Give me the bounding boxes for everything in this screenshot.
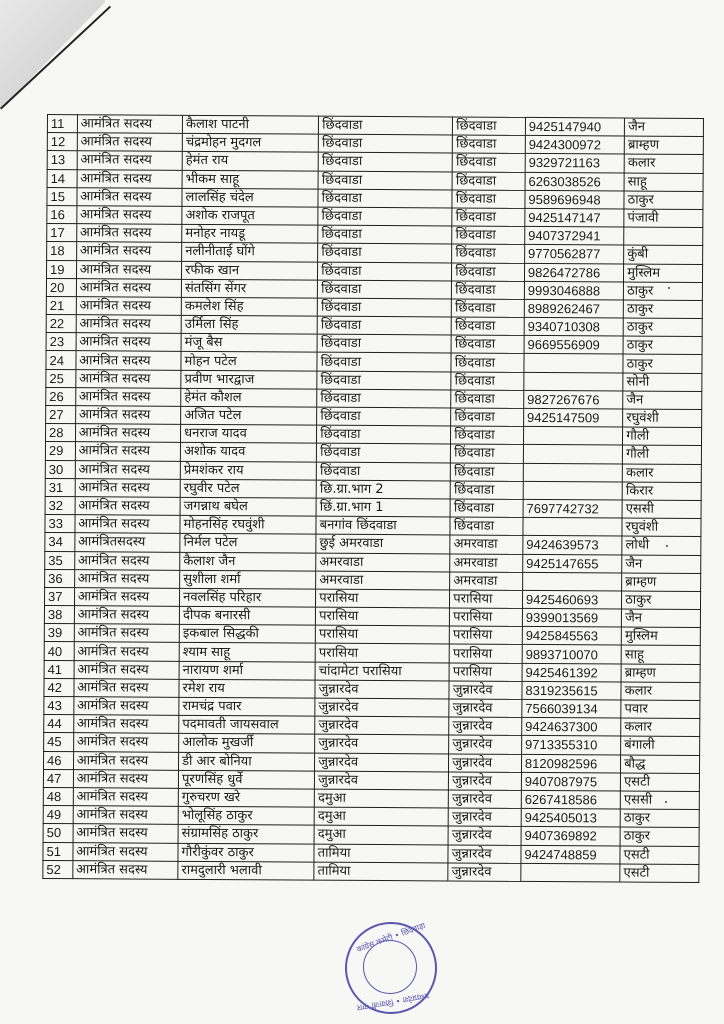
member-role: आमंत्रित सदस्य (75, 406, 181, 425)
member-block: छिंदवाडा (318, 134, 452, 153)
member-name: रघुवीर पटेल (180, 479, 316, 498)
member-role: आमंत्रित सदस्य (75, 497, 181, 516)
member-name: रमेश राय (179, 679, 315, 698)
member-role: आमंत्रित सदस्य (74, 588, 180, 607)
member-name: रफीक खान (182, 261, 318, 280)
member-district: जुन्नारदेव (449, 735, 522, 754)
member-block: छिंदवाडा (318, 225, 452, 244)
member-block: छिंदवाडा (318, 280, 452, 299)
member-role: आमंत्रित सदस्य (76, 242, 182, 261)
member-block: परासिया (316, 589, 450, 608)
serial-number: 15 (47, 187, 77, 205)
member-district: अमरवाडा (450, 535, 523, 554)
member-caste: सोनी (623, 373, 702, 392)
member-phone: 9424637300 (522, 718, 621, 737)
member-block: बनगांव छिंदवाडा (316, 516, 450, 535)
serial-number: 34 (45, 533, 75, 551)
member-name: भीकम साहू (182, 170, 318, 189)
serial-number: 20 (46, 278, 76, 296)
member-phone: 9340710308 (524, 317, 623, 336)
member-role: आमंत्रित सदस्य (76, 315, 182, 334)
member-block: दमुआ (314, 825, 448, 844)
member-role: आमंत्रित सदस्य (74, 606, 180, 625)
member-block: अमरवाडा (316, 571, 450, 590)
member-phone: 9425845563 (522, 627, 621, 646)
member-phone: 9407369892 (521, 827, 620, 846)
member-role: आमंत्रित सदस्य (73, 788, 179, 807)
member-block: छि.ग्रा.भाग 2 (316, 480, 450, 499)
member-name: नारायण शर्मा (179, 661, 315, 680)
member-phone: 8120982596 (521, 754, 620, 773)
serial-number: 18 (47, 242, 77, 260)
member-district: जुन्नारदेव (449, 772, 522, 791)
serial-number: 37 (44, 587, 74, 605)
member-role: आमंत्रित सदस्य (74, 642, 180, 661)
member-district: छिंदवाडा (452, 172, 525, 191)
member-caste: ब्राम्हण (622, 573, 701, 592)
member-caste: बंगाली (621, 736, 700, 755)
member-block: छिंदवाडा (318, 153, 452, 172)
serial-number: 47 (43, 769, 73, 787)
member-district: जुन्नारदेव (448, 808, 521, 827)
member-name: प्रेमशंकर राय (180, 461, 316, 480)
member-block: छिंदवाडा (317, 371, 451, 390)
member-caste: एसटी (621, 773, 700, 792)
member-caste: जैन (623, 391, 702, 410)
member-role: आमंत्रित सदस्य (73, 733, 179, 752)
member-role: आमंत्रित सदस्य (74, 551, 180, 570)
member-caste: एसटी (620, 846, 699, 865)
member-district: जुन्नारदेव (449, 699, 522, 718)
member-district: जुन्नारदेव (448, 844, 521, 863)
member-name: डी आर बोनिया (179, 752, 315, 771)
member-block: परासिया (315, 625, 449, 644)
member-phone: 9407372941 (525, 227, 624, 246)
member-role: आमंत्रित सदस्य (73, 769, 179, 788)
serial-number: 16 (47, 205, 77, 223)
member-name: आलोक मुखर्जी (179, 734, 315, 753)
member-district: परासिया (450, 626, 523, 645)
member-district: जुन्नारदेव (448, 826, 521, 845)
member-phone: 9424300972 (525, 136, 624, 155)
member-phone (523, 463, 622, 482)
member-caste: ब्राम्हण (624, 136, 703, 155)
member-name: धनराज यादव (181, 425, 317, 444)
member-caste: पवार (621, 700, 700, 719)
member-name: संतसिंग सेंगर (181, 279, 317, 298)
table-row: 52आमंत्रित सदस्यरामदुलारी भलावीतामियाजुन… (43, 860, 699, 882)
member-district: छिंदवाडा (452, 262, 525, 281)
serial-number: 14 (47, 169, 77, 187)
serial-number: 25 (46, 369, 76, 387)
member-block: छिंदवाडा (317, 298, 451, 317)
member-name: कैलाश जैन (180, 552, 316, 571)
member-district: छिंदवाडा (452, 153, 525, 172)
member-block: जुन्नारदेव (315, 753, 449, 772)
member-name: रामदुलारी भलावी (178, 861, 314, 880)
member-name: भोलूसिंह ठाकुर (178, 806, 314, 825)
member-district: छिंदवाडा (452, 244, 525, 263)
member-name: चंद्रमोहन मुदगल (182, 134, 318, 153)
member-role: आमंत्रित सदस्य (74, 678, 180, 697)
member-name: मंजू बैस (181, 334, 317, 353)
member-caste: लोधी (622, 536, 701, 555)
member-role: आमंत्रित सदस्य (77, 206, 183, 225)
serial-number: 44 (44, 715, 74, 733)
member-name: नलीनीताई घोंगे (182, 243, 318, 262)
member-phone: 9425147509 (524, 408, 623, 427)
member-role: आमंत्रित सदस्य (75, 387, 181, 406)
member-caste: ठाकुर (624, 191, 703, 210)
member-block: छिंदवाडा (317, 316, 451, 335)
organization-stamp: कांग्रेस कमेटी • छिंदवाड़ा मध्यप्रदेश • … (345, 922, 437, 1014)
member-role: आमंत्रित सदस्य (76, 297, 182, 316)
member-phone: 8989262467 (524, 299, 623, 318)
member-district: छिंदवाडा (452, 208, 525, 227)
member-caste: पंजावी (624, 209, 703, 228)
member-phone: 9425147147 (525, 208, 624, 227)
member-caste: गौली (623, 445, 702, 464)
member-name: अजित पटेल (181, 406, 317, 425)
member-caste: ठाकुर (623, 354, 702, 373)
member-caste: ठाकुर (620, 827, 699, 846)
member-caste (624, 227, 703, 246)
member-district: छिंदवाडा (451, 335, 524, 354)
member-caste: ठाकुर (623, 318, 702, 337)
member-role: आमंत्रित सदस्य (76, 369, 182, 388)
member-caste: साहू (621, 645, 700, 664)
serial-number: 29 (45, 442, 75, 460)
member-role: आमंत्रित सदस्य (77, 133, 183, 152)
member-phone: 9399013569 (522, 608, 621, 627)
member-caste: बौद्ध (621, 755, 700, 774)
member-phone: 9425460693 (522, 590, 621, 609)
member-caste: जैन (622, 609, 701, 628)
member-phone: 9993046888 (524, 281, 623, 300)
serial-number: 52 (43, 860, 73, 878)
member-phone (523, 572, 622, 591)
member-name: इकबाल सिद्धकी (179, 625, 315, 644)
member-role: आमंत्रित सदस्य (73, 842, 179, 861)
member-block: छुई अमरवाडा (316, 534, 450, 553)
serial-number: 31 (45, 478, 75, 496)
serial-number: 11 (47, 115, 77, 133)
serial-number: 45 (44, 733, 74, 751)
member-name: मोहन पटेल (181, 352, 317, 371)
member-caste: किरार (622, 482, 701, 501)
member-phone: 9893710070 (522, 645, 621, 664)
member-caste: कलार (621, 682, 700, 701)
member-district: छिंदवाडा (453, 135, 526, 154)
member-phone (523, 518, 622, 537)
serial-number: 42 (44, 678, 74, 696)
member-district: परासिया (450, 608, 523, 627)
member-name: प्रवीण भारद्वाज (181, 370, 317, 389)
member-role: आमंत्रित सदस्य (74, 569, 180, 588)
member-role: आमंत्रित सदस्य (75, 442, 181, 461)
member-role: आमंत्रित सदस्य (73, 806, 179, 825)
member-block: छिंदवाडा (318, 262, 452, 281)
member-caste: गौली (623, 427, 702, 446)
member-block: छिंदवाडा (317, 389, 451, 408)
member-phone: 9329721163 (525, 154, 624, 173)
member-district: अमरवाडा (450, 572, 523, 591)
member-district: छिंदवाडा (450, 499, 523, 518)
member-name: कमलेश सिंह (181, 297, 317, 316)
member-district: छिंदवाडा (451, 463, 524, 482)
serial-number: 46 (43, 751, 73, 769)
serial-number: 49 (43, 806, 73, 824)
serial-number: 27 (46, 405, 76, 423)
member-district: छिंदवाडा (452, 281, 525, 300)
member-caste: ठाकुर (624, 282, 703, 301)
member-district: छिंदवाडा (451, 372, 524, 391)
paper-speck (665, 801, 667, 803)
member-role: आमंत्रित सदस्य (76, 333, 182, 352)
serial-number: 30 (45, 460, 75, 478)
member-phone: 9407087975 (521, 772, 620, 791)
member-name: निर्मल पटेल (180, 534, 316, 553)
member-name: मनोहर नायडू (182, 224, 318, 243)
member-name: लालसिंह चंदेल (182, 188, 318, 207)
member-block: जुन्नारदेव (315, 698, 449, 717)
member-phone: 9713355310 (522, 736, 621, 755)
member-phone: 9589696948 (525, 190, 624, 209)
serial-number: 39 (44, 624, 74, 642)
member-block: छिंदवाडा (318, 207, 452, 226)
member-role: आमंत्रित सदस्य (77, 151, 183, 170)
member-phone: 9770562877 (525, 245, 624, 264)
member-block: जुन्नारदेव (315, 716, 449, 735)
member-role: आमंत्रित सदस्य (75, 424, 181, 443)
member-name: दीपक बनारसी (179, 606, 315, 625)
serial-number: 24 (46, 351, 76, 369)
member-phone: 7697742732 (523, 499, 622, 518)
member-caste: एससी (622, 500, 701, 519)
member-block: तामिया (314, 862, 448, 881)
member-role: आमंत्रित सदस्य (75, 460, 181, 479)
stamp-inner-ring (363, 940, 417, 994)
member-block: छिं.ग्रा.भाग 1 (316, 498, 450, 517)
member-role: आमंत्रित सदस्य (77, 115, 183, 134)
member-district: अमरवाडा (450, 553, 523, 572)
member-phone (523, 427, 622, 446)
member-name: नवलसिंह परिहार (180, 588, 316, 607)
member-name: संग्रामसिंह ठाकुर (178, 825, 314, 844)
member-caste: मुस्लिम (624, 264, 703, 283)
serial-number: 17 (47, 224, 77, 242)
member-district: छिंदवाडा (453, 117, 526, 136)
member-caste: एसटी (620, 864, 699, 883)
member-caste: रघुवंशी (623, 409, 702, 428)
member-name: मोहनसिंह रघवुंशी (180, 515, 316, 534)
serial-number: 38 (44, 606, 74, 624)
member-phone: 9425147655 (523, 554, 622, 573)
member-district: छिंदवाडा (451, 444, 524, 463)
member-block: जुन्नारदेव (315, 771, 449, 790)
member-name: अशोक राजपूत (182, 206, 318, 225)
member-district: परासिया (450, 590, 523, 609)
member-phone: 9826472786 (524, 263, 623, 282)
member-district: छिंदवाडा (451, 353, 524, 372)
member-phone (524, 354, 623, 373)
member-name: कैलाश पाटनी (182, 115, 318, 134)
member-phone: 9425405013 (521, 809, 620, 828)
member-role: आमंत्रित सदस्य (74, 660, 180, 679)
member-caste: ठाकुर (623, 336, 702, 355)
member-block: दमुआ (314, 807, 448, 826)
member-role: आमंत्रित सदस्य (76, 224, 182, 243)
member-district: जुन्नारदेव (449, 717, 522, 736)
member-block: चांदामेटा परासिया (315, 662, 449, 681)
member-name: रामचंद्र पवार (179, 697, 315, 716)
member-role: आमंत्रित सदस्य (73, 715, 179, 734)
member-role: आमंत्रित सदस्य (76, 260, 182, 279)
member-phone (524, 372, 623, 391)
serial-number: 28 (45, 424, 75, 442)
member-role: आमंत्रित सदस्य (73, 824, 179, 843)
member-phone (523, 445, 622, 464)
paper-speck (668, 287, 670, 289)
member-name: उर्मिला सिंह (181, 315, 317, 334)
member-caste: जैन (625, 118, 704, 137)
member-district: छिंदवाडा (452, 299, 525, 318)
serial-number: 13 (47, 151, 77, 169)
member-list-sheet: 11आमंत्रित सदस्यकैलाश पाटनीछिंदवाडाछिंदव… (42, 114, 707, 883)
member-name: गुरुचरण खरे (178, 788, 314, 807)
serial-number: 22 (46, 315, 76, 333)
member-block: छिंदवाडा (319, 116, 453, 135)
member-caste: कलार (624, 154, 703, 173)
serial-number: 32 (45, 496, 75, 514)
member-district: छिंदवाडा (451, 317, 524, 336)
members-table: 11आमंत्रित सदस्यकैलाश पाटनीछिंदवाडाछिंदव… (42, 114, 704, 883)
member-name: हेमंत राय (182, 152, 318, 171)
member-role: आमंत्रित सदस्य (75, 478, 181, 497)
serial-number: 48 (43, 787, 73, 805)
serial-number: 43 (44, 696, 74, 714)
serial-number: 23 (46, 333, 76, 351)
member-caste: ठाकुर (620, 809, 699, 828)
member-phone: 7566039134 (522, 699, 621, 718)
member-block: छिंदवाडा (317, 407, 451, 426)
member-phone: 9827267676 (524, 390, 623, 409)
member-phone: 6263038526 (525, 172, 624, 191)
member-caste: ठाकुर (622, 591, 701, 610)
member-block: छिंदवाडा (317, 353, 451, 372)
member-block: जुन्नारदेव (315, 735, 449, 754)
member-district: छिंदवाडा (451, 408, 524, 427)
member-phone: 8319235615 (522, 681, 621, 700)
member-phone: 9425461392 (522, 663, 621, 682)
member-name: हेमंत कौशल (181, 388, 317, 407)
member-name: श्याम साहू (179, 643, 315, 662)
member-phone: 9425147940 (525, 117, 624, 136)
member-phone: 6267418586 (521, 790, 620, 809)
member-block: छिंदवाडा (317, 444, 451, 463)
member-phone: 9669556909 (524, 336, 623, 355)
member-district: छिंदवाडा (451, 390, 524, 409)
member-role: आमंत्रित सदस्य (74, 624, 180, 643)
member-district: छिंदवाडा (450, 481, 523, 500)
serial-number: 21 (46, 296, 76, 314)
member-phone: 9424748859 (521, 845, 620, 864)
member-district: जुन्नारदेव (449, 754, 522, 773)
serial-number: 50 (43, 824, 73, 842)
member-district: छिंदवाडा (451, 426, 524, 445)
member-block: छिंदवाडा (317, 334, 451, 353)
member-caste: एससी (620, 791, 699, 810)
member-block: छिंदवाडा (316, 462, 450, 481)
member-block: तामिया (314, 844, 448, 863)
member-caste: जैन (622, 555, 701, 574)
member-role: आमंत्रित सदस्य (77, 187, 183, 206)
member-block: जुन्नारदेव (315, 680, 449, 699)
member-name: जगन्नाथ बघेल (180, 497, 316, 516)
member-block: परासिया (316, 607, 450, 626)
member-caste: कलार (622, 464, 701, 483)
paper-speck (666, 545, 668, 547)
member-caste: साहू (624, 173, 703, 192)
member-name: गौरीकुंवर ठाकुर (178, 843, 314, 862)
member-role: आमंत्रित सदस्य (73, 751, 179, 770)
member-caste: ठाकुर (623, 300, 702, 319)
member-block: दमुआ (314, 789, 448, 808)
member-caste: मुस्लिम (621, 627, 700, 646)
serial-number: 51 (43, 842, 73, 860)
member-name: अशोक यादव (180, 443, 316, 462)
member-caste: ब्राम्हण (621, 664, 700, 683)
member-block: अमरवाडा (316, 553, 450, 572)
serial-number: 33 (45, 515, 75, 533)
serial-number: 19 (46, 260, 76, 278)
member-role: आमंत्रित सदस्य (75, 515, 181, 534)
member-role: आमंत्रित सदस्य (73, 860, 179, 879)
member-caste: कुंबी (624, 245, 703, 264)
member-block: छिंदवाडा (317, 425, 451, 444)
member-role: आमंत्रित सदस्य (77, 169, 183, 188)
member-caste: रघुवंशी (622, 518, 701, 537)
member-district: जुन्नारदेव (449, 681, 522, 700)
member-district: छिंदवाडा (452, 190, 525, 209)
member-block: छिंदवाडा (318, 171, 452, 190)
serial-number: 26 (46, 387, 76, 405)
member-district: जुन्नारदेव (448, 863, 521, 882)
member-phone (521, 863, 620, 882)
member-role: आमंत्रितसदस्य (75, 533, 181, 552)
serial-number: 35 (45, 551, 75, 569)
serial-number: 40 (44, 642, 74, 660)
serial-number: 12 (47, 133, 77, 151)
serial-number: 41 (44, 660, 74, 678)
member-role: आमंत्रित सदस्य (76, 278, 182, 297)
member-district: परासिया (449, 644, 522, 663)
member-caste: कलार (621, 718, 700, 737)
member-phone (523, 481, 622, 500)
member-role: आमंत्रित सदस्य (74, 697, 180, 716)
member-district: जुन्नारदेव (449, 790, 522, 809)
member-phone: 9424639573 (523, 536, 622, 555)
member-district: छिंदवाडा (450, 517, 523, 536)
member-block: परासिया (315, 644, 449, 663)
member-district: परासिया (449, 663, 522, 682)
member-district: छिंदवाडा (452, 226, 525, 245)
member-block: छिंदवाडा (318, 243, 452, 262)
member-role: आमंत्रित सदस्य (76, 351, 182, 370)
member-name: पदमावती जायसवाल (179, 716, 315, 735)
member-name: पूरणसिंह धुर्वे (178, 770, 314, 789)
member-name: सुशीला शर्मा (180, 570, 316, 589)
